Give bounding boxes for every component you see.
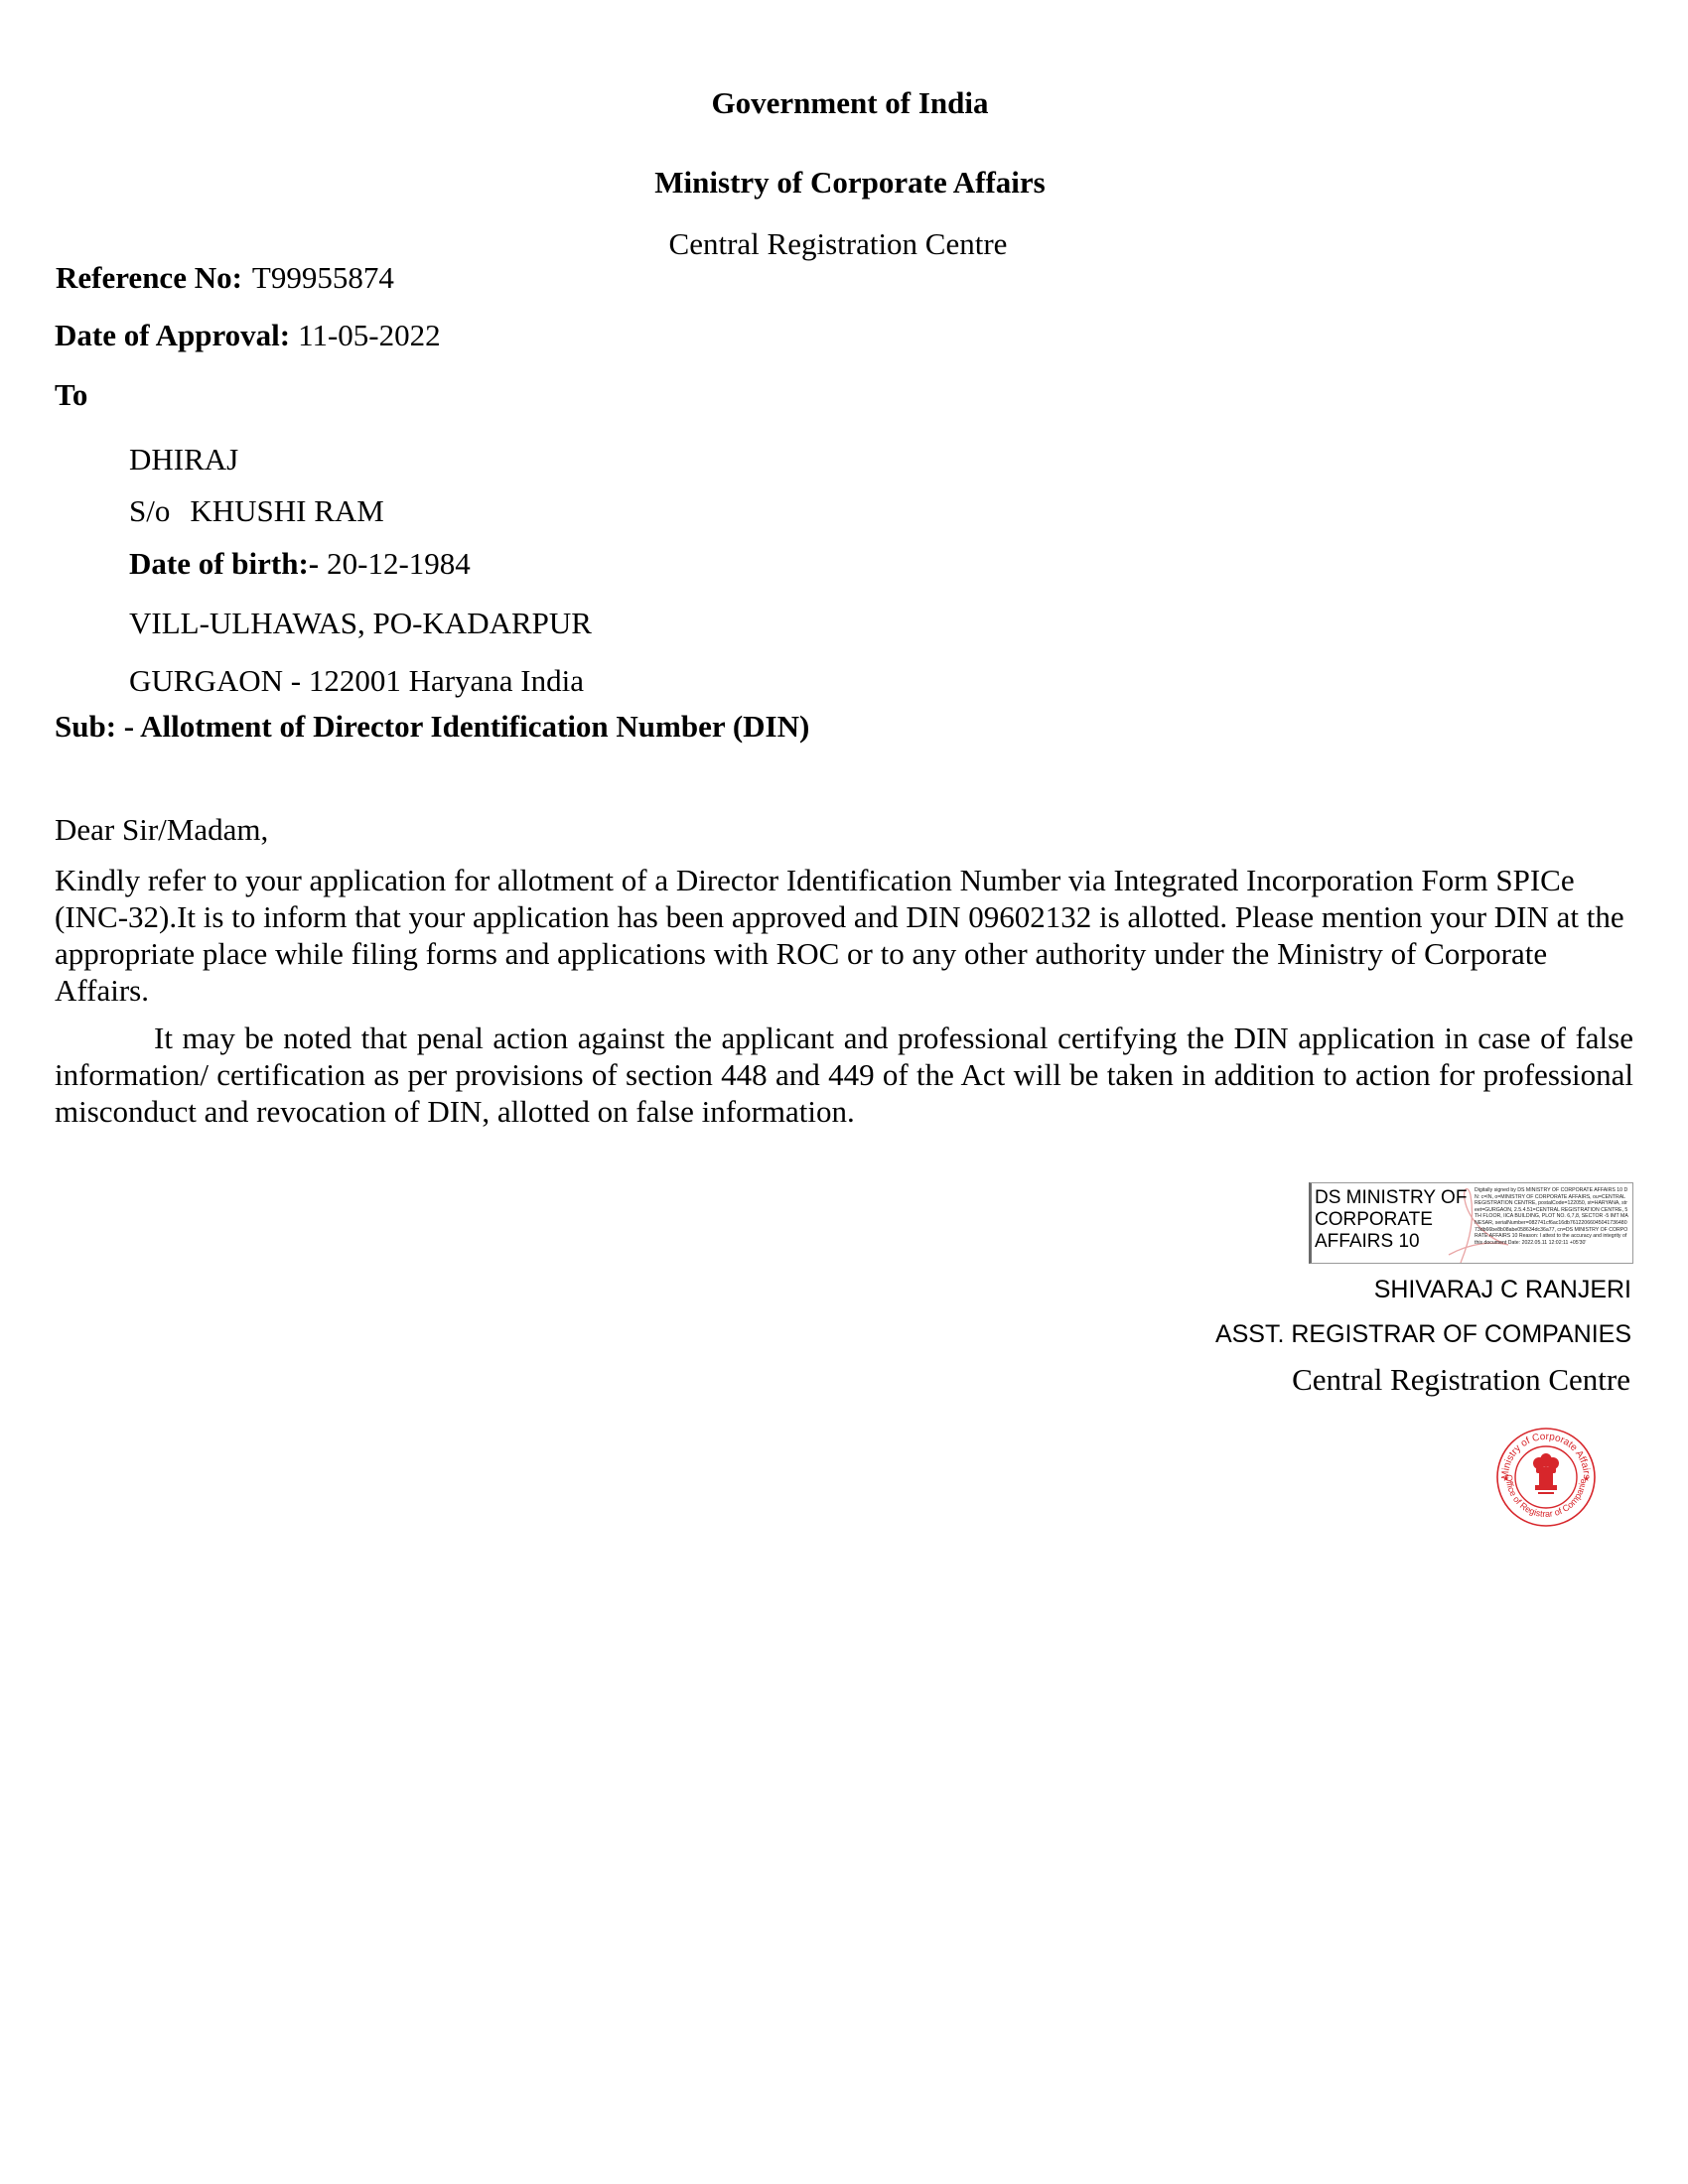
relation-label: S/o xyxy=(129,493,170,528)
official-seal: Ministry of Corporate Affairs Office of … xyxy=(1494,1426,1598,1529)
government-heading: Government of India xyxy=(0,85,1688,121)
father-name: KHUSHI RAM xyxy=(190,493,384,528)
signatory-designation: ASST. REGISTRAR OF COMPANIES xyxy=(1215,1320,1631,1349)
dob-value: 20-12-1984 xyxy=(327,546,471,581)
address-line-2: GURGAON - 122001 Haryana India xyxy=(129,663,584,699)
body-paragraph-2: It may be noted that penal action agains… xyxy=(55,1020,1633,1130)
approval-label: Date of Approval: xyxy=(55,318,290,352)
signature-details: Digitally signed by DS MINISTRY OF CORPO… xyxy=(1475,1187,1628,1246)
address-line-1: VILL-ULHAWAS, PO-KADARPUR xyxy=(129,606,592,641)
recipient-name: DHIRAJ xyxy=(129,442,238,478)
recipient-dob: Date of birth:-20-12-1984 xyxy=(129,546,471,582)
dob-label: Date of birth:- xyxy=(129,546,319,581)
svg-text:★: ★ xyxy=(1583,1474,1590,1483)
digital-signature-box[interactable]: DS MINISTRY OF CORPORATE AFFAIRS 10 Digi… xyxy=(1309,1182,1633,1264)
centre-heading: Central Registration Centre xyxy=(0,226,1676,262)
reference-number: Reference No:T99955874 xyxy=(56,260,394,296)
signature-signer-name: DS MINISTRY OF CORPORATE AFFAIRS 10 xyxy=(1315,1187,1467,1253)
approval-value: 11-05-2022 xyxy=(298,318,441,352)
signatory-office: Central Registration Centre xyxy=(1292,1362,1630,1398)
reference-value: T99955874 xyxy=(252,260,394,295)
reference-label: Reference No: xyxy=(56,260,242,295)
ministry-heading: Ministry of Corporate Affairs xyxy=(0,165,1688,201)
date-of-approval: Date of Approval:11-05-2022 xyxy=(55,318,441,353)
subject-line: Sub: - Allotment of Director Identificat… xyxy=(55,709,809,745)
to-label: To xyxy=(55,377,87,413)
paragraph-2-text: It may be noted that penal action agains… xyxy=(55,1021,1633,1129)
salutation: Dear Sir/Madam, xyxy=(55,812,268,848)
recipient-father: S/oKHUSHI RAM xyxy=(129,493,384,529)
national-emblem-icon xyxy=(1533,1453,1559,1494)
svg-text:★: ★ xyxy=(1502,1474,1509,1483)
signatory-name: SHIVARAJ C RANJERI xyxy=(1374,1276,1631,1304)
body-paragraph-1: Kindly refer to your application for all… xyxy=(55,862,1633,1009)
